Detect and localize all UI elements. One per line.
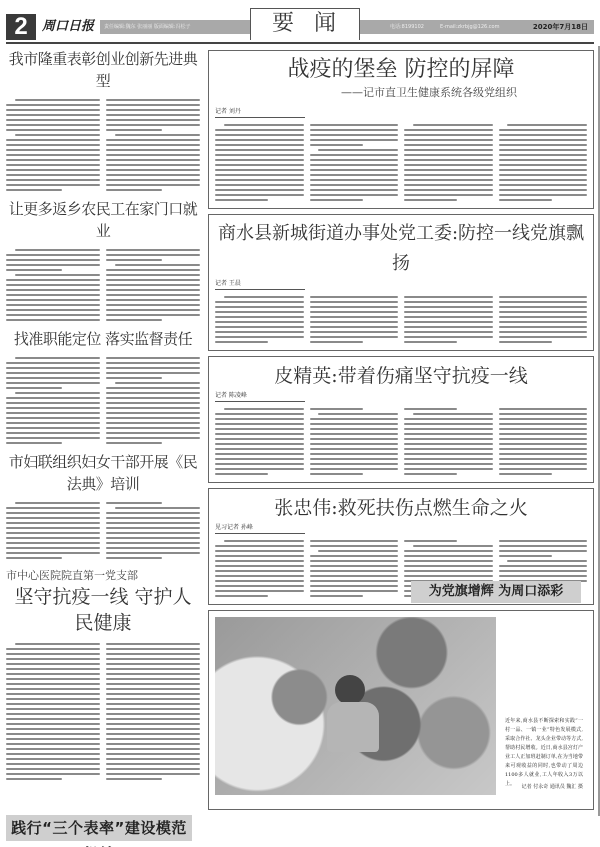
article-body [215,405,587,478]
article-hospital-branch: 市中心医院院直第一党支部 坚守抗疫一线 守护人民健康 [6,568,200,783]
worker-body-icon [327,702,379,752]
main-column: 战疫的堡垒 防控的屏障 ——记市直卫生健康系统各级党组织 记者 刘丹 商水县新城… [208,50,594,810]
article-byline: 记者 陈凌峰 [215,391,305,402]
article-body [6,96,200,194]
article-byline: 记者 刘丹 [215,107,305,118]
info-bar: 电话:8199102 E-mail:zkrbjg@126.com 2020年7月… [360,20,594,34]
article-supervision: 找准职能定位 落实监督责任 [6,328,200,447]
photo-credit: 记者 付永奇 通讯员 魏汇 摄 [505,783,583,791]
article-headline: 我市隆重表彰创业创新先进典型 [6,48,200,92]
article-body [6,640,200,783]
article-headline: 市妇联组织妇女干部开展《民法典》培训 [6,451,200,495]
article-body [6,354,200,447]
article-headline: 坚守抗疫一线 守护人民健康 [6,584,200,636]
article-body [215,121,587,204]
article-headline: 商水县新城街道办事处党工委:防控一线党旗飘扬 [215,219,587,279]
masthead: 2 周口日报 责任编辑:魏东 张丽丽 版面编辑:冯松子 要闻 电话:819910… [6,6,594,42]
article-headline: 找准职能定位 落实监督责任 [6,328,200,350]
article-pi-jingying: 皮精英:带着伤痛坚守抗疫一线 记者 陈凌峰 [208,356,594,483]
article-kicker: 市中心医院院直第一党支部 [6,568,200,584]
article-health-system: 战疫的堡垒 防控的屏障 ——记市直卫生健康系统各级党组织 记者 刘丹 [208,50,594,209]
issue-date: 2020年7月18日 [533,20,588,34]
photo-banner: 为党旗增辉 为周口添彩 [411,581,581,603]
article-headline: 让更多返乡农民工在家门口就业 [6,198,200,242]
photo-caption: 近年来,商水县不断探索和实践“一村一品、一镇一业”特色发展模式,采取合作社、龙头… [505,717,583,789]
hotline: 电话:8199102 [390,20,424,34]
article-headline: 张忠伟:救死扶伤点燃生命之火 [215,493,587,523]
article-byline: 记者 王晨 [215,279,305,290]
article-subhead: ——记市直卫生健康系统各级党组织 [215,85,587,101]
article-byline: 见习记者 孙峰 [215,523,305,534]
worker-head-icon [335,675,365,705]
left-column: 我市隆重表彰创业创新先进典型 让更多返乡农民工在家门口就业 找准职能定位 落实监… [6,46,200,787]
article-body [6,499,200,562]
article-headline: 皮精英:带着伤痛坚守抗疫一线 [215,361,587,391]
article-civil-code: 市妇联组织妇女干部开展《民法典》培训 [6,451,200,562]
email: E-mail:zkrbjg@126.com [440,20,500,34]
editor-info: 责任编辑:魏东 张丽丽 版面编辑:冯松子 [100,20,250,34]
section-title: 要闻 [250,8,360,40]
article-body [6,246,200,324]
photo-feature: 为党旗增辉 为周口添彩 近年来,商水县不断探索和实践“一村一品、一镇一业”特色发… [208,610,594,810]
article-xincheng-street: 商水县新城街道办事处党工委:防控一线党旗飘扬 记者 王晨 [208,214,594,351]
paper-name: 周口日报 [42,17,94,37]
page-number: 2 [6,14,36,40]
lantern-worker-photo [215,617,496,795]
top-rule [6,42,594,44]
article-headline: 战疫的堡垒 防控的屏障 [215,55,587,85]
article-innovation: 我市隆重表彰创业创新先进典型 [6,48,200,194]
article-body [215,293,587,346]
article-migrant-workers: 让更多返乡农民工在家门口就业 [6,198,200,324]
bottom-banner: 践行“三个表率”建设模范机关 [6,815,192,841]
